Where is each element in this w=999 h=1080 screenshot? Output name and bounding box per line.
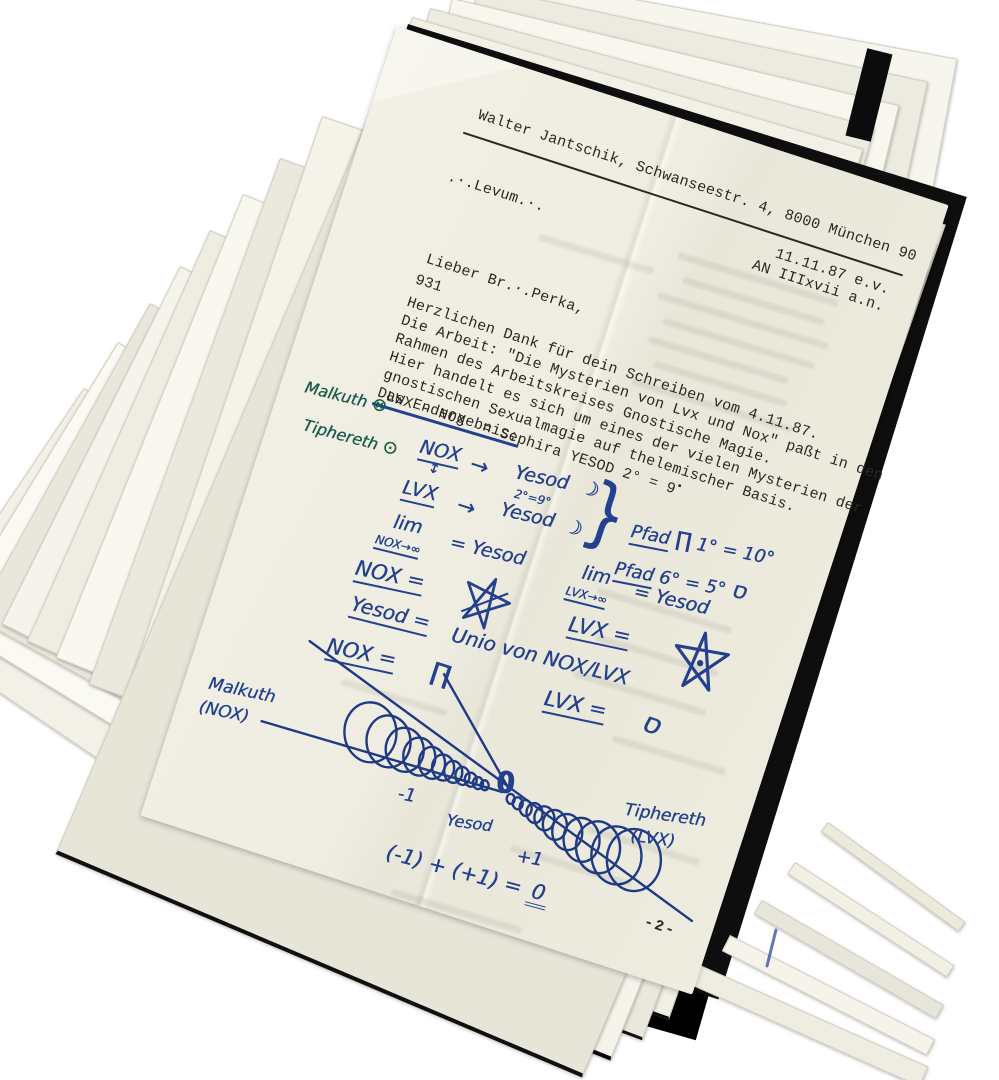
photo-letter-stack: Walter Jantschik, Schwanseestr. 4, 8000 … bbox=[0, 0, 999, 1080]
diagram-left-label-2: (NOX) bbox=[197, 697, 251, 727]
lim-lvx: lim bbox=[580, 562, 613, 590]
circled-zero-mark: 0 bbox=[494, 765, 516, 801]
top-letter-sheet: Walter Jantschik, Schwanseestr. 4, 8000 … bbox=[141, 26, 949, 995]
malkuth-symbol: ⊗ bbox=[370, 393, 390, 417]
lodge-mark: .·.Levum.·. bbox=[446, 169, 547, 215]
diagram-minus-one: -1 bbox=[396, 783, 417, 807]
diagram-plus-one: +1 bbox=[515, 846, 545, 871]
lvx-star-lhs: LVX = bbox=[566, 612, 633, 652]
nox-star-lhs: NOX = bbox=[353, 556, 427, 597]
stack-corner-slat bbox=[821, 822, 966, 932]
stack-corner-slat bbox=[787, 862, 954, 977]
tiphereth-note: Tiphereth ⊙ bbox=[301, 414, 401, 459]
path-glyph: ∏ bbox=[674, 527, 694, 554]
unio-lhs: Yesod = bbox=[348, 591, 433, 637]
sum-zero: 0 bbox=[524, 878, 552, 911]
lvx-arrow: → bbox=[453, 493, 478, 522]
lvx-lhs: LVX bbox=[400, 476, 440, 508]
pentagram-icon bbox=[662, 624, 738, 700]
nox-arrow: → bbox=[467, 452, 492, 481]
tiphereth-symbol: ⊙ bbox=[380, 436, 400, 460]
greeting-number: 931 bbox=[413, 273, 444, 296]
brace: } bbox=[574, 464, 640, 563]
malkuth-note: Malkuth ⊗ bbox=[303, 377, 390, 418]
lim-nox: lim bbox=[391, 511, 424, 539]
path-glyph: ס bbox=[729, 577, 749, 605]
lim-nox-eq: = Yesod bbox=[448, 531, 528, 570]
